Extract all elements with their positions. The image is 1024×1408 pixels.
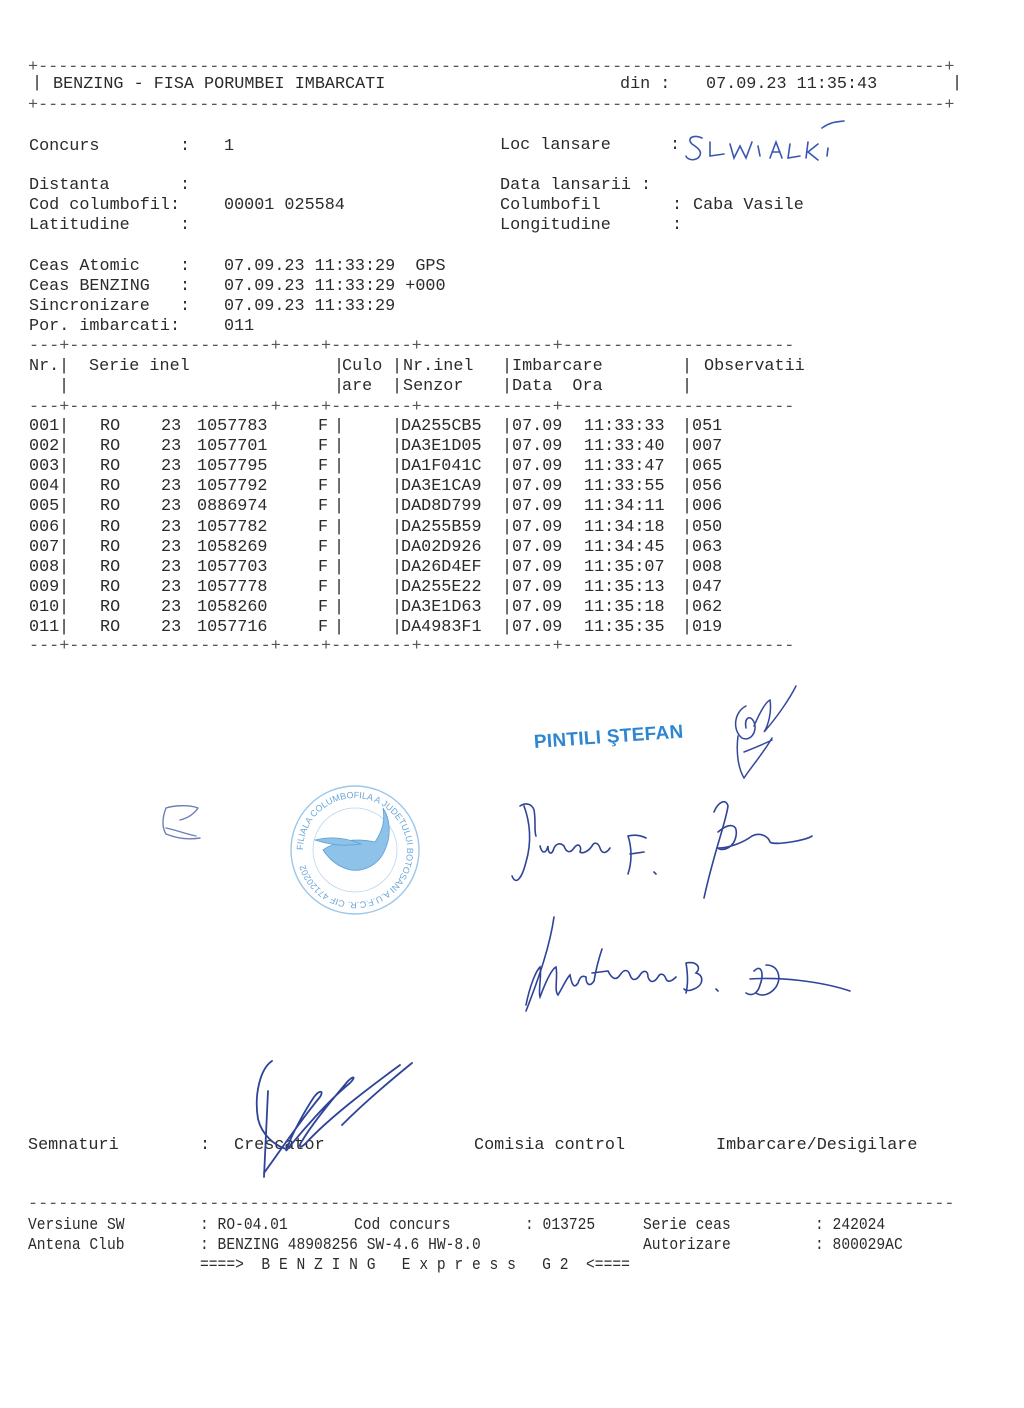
row-senzor: DA1F041C <box>401 457 482 477</box>
row-ora: 11:33:40 <box>584 437 665 457</box>
row-country: RO <box>100 578 120 598</box>
row-data: 07.09 <box>512 417 562 437</box>
row-obs: 047 <box>692 578 722 598</box>
row-senzor: DA26D4EF <box>401 558 482 578</box>
row-nr: 005 <box>29 497 59 517</box>
row-sep: | <box>59 457 69 477</box>
row-sep: | <box>334 497 344 517</box>
loc-lansare-colon: : <box>670 136 680 156</box>
stamp-name: PINTILI ŞTEFAN <box>533 722 684 754</box>
columbofil-label: Columbofil <box>500 196 601 216</box>
ceas-benzing-value: 07.09.23 11:33:29 +000 <box>224 277 446 297</box>
row-obs: 006 <box>692 497 722 517</box>
row-senzor: DA3E1CA9 <box>401 477 482 497</box>
row-sep: | <box>59 417 69 437</box>
row-sep: | <box>682 477 692 497</box>
row-year: 23 <box>161 558 181 578</box>
row-sex: F <box>318 497 328 517</box>
row-nr: 006 <box>29 518 59 538</box>
row-ring: 1057792 <box>197 477 268 497</box>
th-sep: | <box>682 377 692 397</box>
row-senzor: DA3E1D63 <box>401 598 482 618</box>
row-year: 23 <box>161 538 181 558</box>
semnaturi-colon: : <box>200 1136 210 1156</box>
comisia-label: Comisia control <box>474 1136 625 1156</box>
row-country: RO <box>100 598 120 618</box>
row-nr: 003 <box>29 457 59 477</box>
signature-jurac <box>508 792 828 907</box>
autorizare-label: Autorizare <box>643 1236 731 1256</box>
row-sep: | <box>502 417 512 437</box>
longitudine-colon: : <box>672 216 682 236</box>
columbofil-colon: : <box>672 196 682 216</box>
row-country: RO <box>100 437 120 457</box>
row-senzor: DA255CB5 <box>401 417 482 437</box>
cod-columbofil-label: Cod columbofil: <box>29 196 180 216</box>
row-senzor: DA4983F1 <box>401 618 482 638</box>
row-year: 23 <box>161 578 181 598</box>
header-din-value: 07.09.23 11:35:43 <box>706 75 877 95</box>
cod-concurs-label: Cod concurs <box>354 1216 451 1236</box>
row-year: 23 <box>161 457 181 477</box>
cod-columbofil-value: 00001 025584 <box>224 196 345 216</box>
row-data: 07.09 <box>512 477 562 497</box>
header-border-left: | <box>32 74 42 94</box>
row-country: RO <box>100 618 120 638</box>
distanta-label: Distanta : <box>29 176 190 196</box>
cod-concurs-value: : 013725 <box>525 1216 595 1236</box>
row-senzor: DA3E1D05 <box>401 437 482 457</box>
th-sep: | <box>59 377 69 397</box>
row-obs: 063 <box>692 538 722 558</box>
row-sep: | <box>334 417 344 437</box>
row-data: 07.09 <box>512 578 562 598</box>
row-ring: 1058260 <box>197 598 268 618</box>
row-senzor: DAD8D799 <box>401 497 482 517</box>
row-sep: | <box>682 578 692 598</box>
th-senzor-1: Nr.inel <box>403 357 474 377</box>
row-ora: 11:35:07 <box>584 558 665 578</box>
row-sep: | <box>502 558 512 578</box>
row-sep: | <box>682 598 692 618</box>
longitudine-label: Longitudine <box>500 216 611 236</box>
sincronizare-value: 07.09.23 11:33:29 <box>224 297 395 317</box>
por-imbarcati-value: 011 <box>224 317 254 337</box>
signature-crescator <box>250 1055 420 1185</box>
row-sep: | <box>682 518 692 538</box>
row-ring: 1057782 <box>197 518 268 538</box>
row-sep: | <box>334 457 344 477</box>
antena-club-label: Antena Club <box>28 1236 125 1256</box>
row-sep: | <box>682 618 692 638</box>
row-sep: | <box>502 497 512 517</box>
header-din-label: din : <box>620 75 670 95</box>
row-year: 23 <box>161 417 181 437</box>
th-sep: | <box>682 357 692 377</box>
header-border-bottom: +---------------------------------------… <box>28 96 963 116</box>
signature-pintili <box>724 682 804 787</box>
row-data: 07.09 <box>512 457 562 477</box>
row-country: RO <box>100 477 120 497</box>
club-seal: FILIALA COLUMBOFILA A JUDETULUI BOTOSANI… <box>287 780 423 920</box>
row-sex: F <box>318 417 328 437</box>
th-sep: | <box>392 357 402 377</box>
ceas-atomic-label: Ceas Atomic : <box>29 257 190 277</box>
row-ora: 11:34:11 <box>584 497 665 517</box>
th-imbarcare-2: Data Ora <box>512 377 603 397</box>
row-ring: 1058269 <box>197 538 268 558</box>
row-sep: | <box>502 477 512 497</box>
row-sep: | <box>502 457 512 477</box>
th-culoare-1: Culo <box>342 357 382 377</box>
row-sep: | <box>334 558 344 578</box>
row-sep: | <box>334 437 344 457</box>
row-ring: 1057778 <box>197 578 268 598</box>
row-ring: 1057716 <box>197 618 268 638</box>
versiune-sw-value: : RO-04.01 <box>200 1216 288 1236</box>
row-country: RO <box>100 497 120 517</box>
table-border-bottom: ---+--------------------+----+--------+-… <box>29 637 794 657</box>
row-sex: F <box>318 518 328 538</box>
row-sep: | <box>682 437 692 457</box>
row-ring: 1057703 <box>197 558 268 578</box>
loc-lansare-handwritten-value <box>684 116 864 173</box>
row-ora: 11:33:55 <box>584 477 665 497</box>
concurs-value: 1 <box>224 137 234 157</box>
ceas-atomic-value: 07.09.23 11:33:29 GPS <box>224 257 446 277</box>
row-senzor: DA255E22 <box>401 578 482 598</box>
row-obs: 062 <box>692 598 722 618</box>
row-sep: | <box>334 598 344 618</box>
row-sep: | <box>59 578 69 598</box>
row-year: 23 <box>161 518 181 538</box>
row-country: RO <box>100 457 120 477</box>
row-nr: 009 <box>29 578 59 598</box>
latitudine-label: Latitudine : <box>29 216 190 236</box>
columbofil-value: Caba Vasile <box>693 196 804 216</box>
row-sep: | <box>334 518 344 538</box>
row-data: 07.09 <box>512 598 562 618</box>
concurs-label: Concurs : <box>29 137 190 157</box>
signature-mustea <box>520 915 860 1020</box>
row-nr: 008 <box>29 558 59 578</box>
row-data: 07.09 <box>512 618 562 638</box>
row-obs: 008 <box>692 558 722 578</box>
th-sep: | <box>59 357 69 377</box>
row-ring: 1057783 <box>197 417 268 437</box>
table-header-divider: ---+--------------------+----+--------+-… <box>29 398 794 418</box>
footer-divider: ----------------------------------------… <box>28 1195 954 1215</box>
row-obs: 051 <box>692 417 722 437</box>
row-sep: | <box>334 477 344 497</box>
row-ora: 11:35:18 <box>584 598 665 618</box>
row-ora: 11:35:13 <box>584 578 665 598</box>
row-obs: 007 <box>692 437 722 457</box>
serie-ceas-value: : 242024 <box>815 1216 885 1236</box>
row-nr: 007 <box>29 538 59 558</box>
header-border-right: | <box>952 74 962 94</box>
row-sep: | <box>502 618 512 638</box>
row-sep: | <box>59 598 69 618</box>
th-sep: | <box>502 357 512 377</box>
row-sep: | <box>502 578 512 598</box>
row-ring: 0886974 <box>197 497 268 517</box>
row-ora: 11:34:45 <box>584 538 665 558</box>
th-nr: Nr. <box>29 357 59 377</box>
row-sep: | <box>59 518 69 538</box>
data-lansarii-label: Data lansarii : <box>500 176 651 196</box>
row-sep: | <box>682 497 692 517</box>
autorizare-value: : 800029AC <box>815 1236 903 1256</box>
row-sep: | <box>59 558 69 578</box>
row-sep: | <box>502 437 512 457</box>
row-nr: 001 <box>29 417 59 437</box>
row-year: 23 <box>161 497 181 517</box>
row-data: 07.09 <box>512 437 562 457</box>
row-obs: 050 <box>692 518 722 538</box>
row-ring: 1057701 <box>197 437 268 457</box>
row-sep: | <box>59 538 69 558</box>
row-sep: | <box>502 598 512 618</box>
row-ora: 11:34:18 <box>584 518 665 538</box>
row-nr: 011 <box>29 618 59 638</box>
row-ring: 1057795 <box>197 457 268 477</box>
th-culoare-2: are <box>342 377 372 397</box>
row-senzor: DA02D926 <box>401 538 482 558</box>
row-ora: 11:33:33 <box>584 417 665 437</box>
row-sex: F <box>318 618 328 638</box>
initial-mark <box>158 800 218 850</box>
row-sep: | <box>682 538 692 558</box>
th-imbarcare-1: Imbarcare <box>512 357 603 377</box>
th-serie: Serie inel <box>89 357 190 377</box>
table-border-top: ---+--------------------+----+--------+-… <box>29 337 794 357</box>
row-sep: | <box>682 417 692 437</box>
row-sex: F <box>318 437 328 457</box>
row-sex: F <box>318 457 328 477</box>
versiune-sw-label: Versiune SW <box>28 1216 125 1236</box>
row-data: 07.09 <box>512 497 562 517</box>
row-senzor: DA255B59 <box>401 518 482 538</box>
imbarcare-desigilare-label: Imbarcare/Desigilare <box>716 1136 917 1156</box>
row-obs: 019 <box>692 618 722 638</box>
row-sex: F <box>318 578 328 598</box>
row-sep: | <box>334 618 344 638</box>
row-sex: F <box>318 558 328 578</box>
row-data: 07.09 <box>512 518 562 538</box>
row-year: 23 <box>161 598 181 618</box>
row-sep: | <box>334 578 344 598</box>
th-sep: | <box>392 377 402 397</box>
row-nr: 004 <box>29 477 59 497</box>
benzing-banner: ====> B E N Z I N G E x p r e s s G 2 <=… <box>200 1256 630 1276</box>
sincronizare-label: Sincronizare : <box>29 297 190 317</box>
row-sep: | <box>502 538 512 558</box>
row-ora: 11:35:35 <box>584 618 665 638</box>
row-sep: | <box>59 437 69 457</box>
row-country: RO <box>100 558 120 578</box>
row-data: 07.09 <box>512 558 562 578</box>
row-country: RO <box>100 538 120 558</box>
row-sep: | <box>334 538 344 558</box>
row-nr: 002 <box>29 437 59 457</box>
row-sep: | <box>59 618 69 638</box>
row-year: 23 <box>161 437 181 457</box>
row-obs: 065 <box>692 457 722 477</box>
row-year: 23 <box>161 618 181 638</box>
row-nr: 010 <box>29 598 59 618</box>
row-sex: F <box>318 538 328 558</box>
antena-club-value: : BENZING 48908256 SW-4.6 HW-8.0 <box>200 1236 481 1256</box>
row-sep: | <box>59 497 69 517</box>
row-sep: | <box>682 457 692 477</box>
ceas-benzing-label: Ceas BENZING : <box>29 277 190 297</box>
row-sex: F <box>318 477 328 497</box>
row-sep: | <box>682 558 692 578</box>
row-sex: F <box>318 598 328 618</box>
header-title: BENZING - FISA PORUMBEI IMBARCATI <box>53 75 385 95</box>
loc-lansare-label: Loc lansare <box>500 136 611 156</box>
serie-ceas-label: Serie ceas <box>643 1216 731 1236</box>
semnaturi-label: Semnaturi <box>28 1136 119 1156</box>
th-sep: | <box>502 377 512 397</box>
row-country: RO <box>100 518 120 538</box>
row-obs: 056 <box>692 477 722 497</box>
row-sep: | <box>59 477 69 497</box>
row-country: RO <box>100 417 120 437</box>
row-data: 07.09 <box>512 538 562 558</box>
row-year: 23 <box>161 477 181 497</box>
por-imbarcati-label: Por. imbarcati: <box>29 317 180 337</box>
th-observatii: Observatii <box>704 357 805 377</box>
row-ora: 11:33:47 <box>584 457 665 477</box>
row-sep: | <box>502 518 512 538</box>
th-senzor-2: Senzor <box>403 377 463 397</box>
